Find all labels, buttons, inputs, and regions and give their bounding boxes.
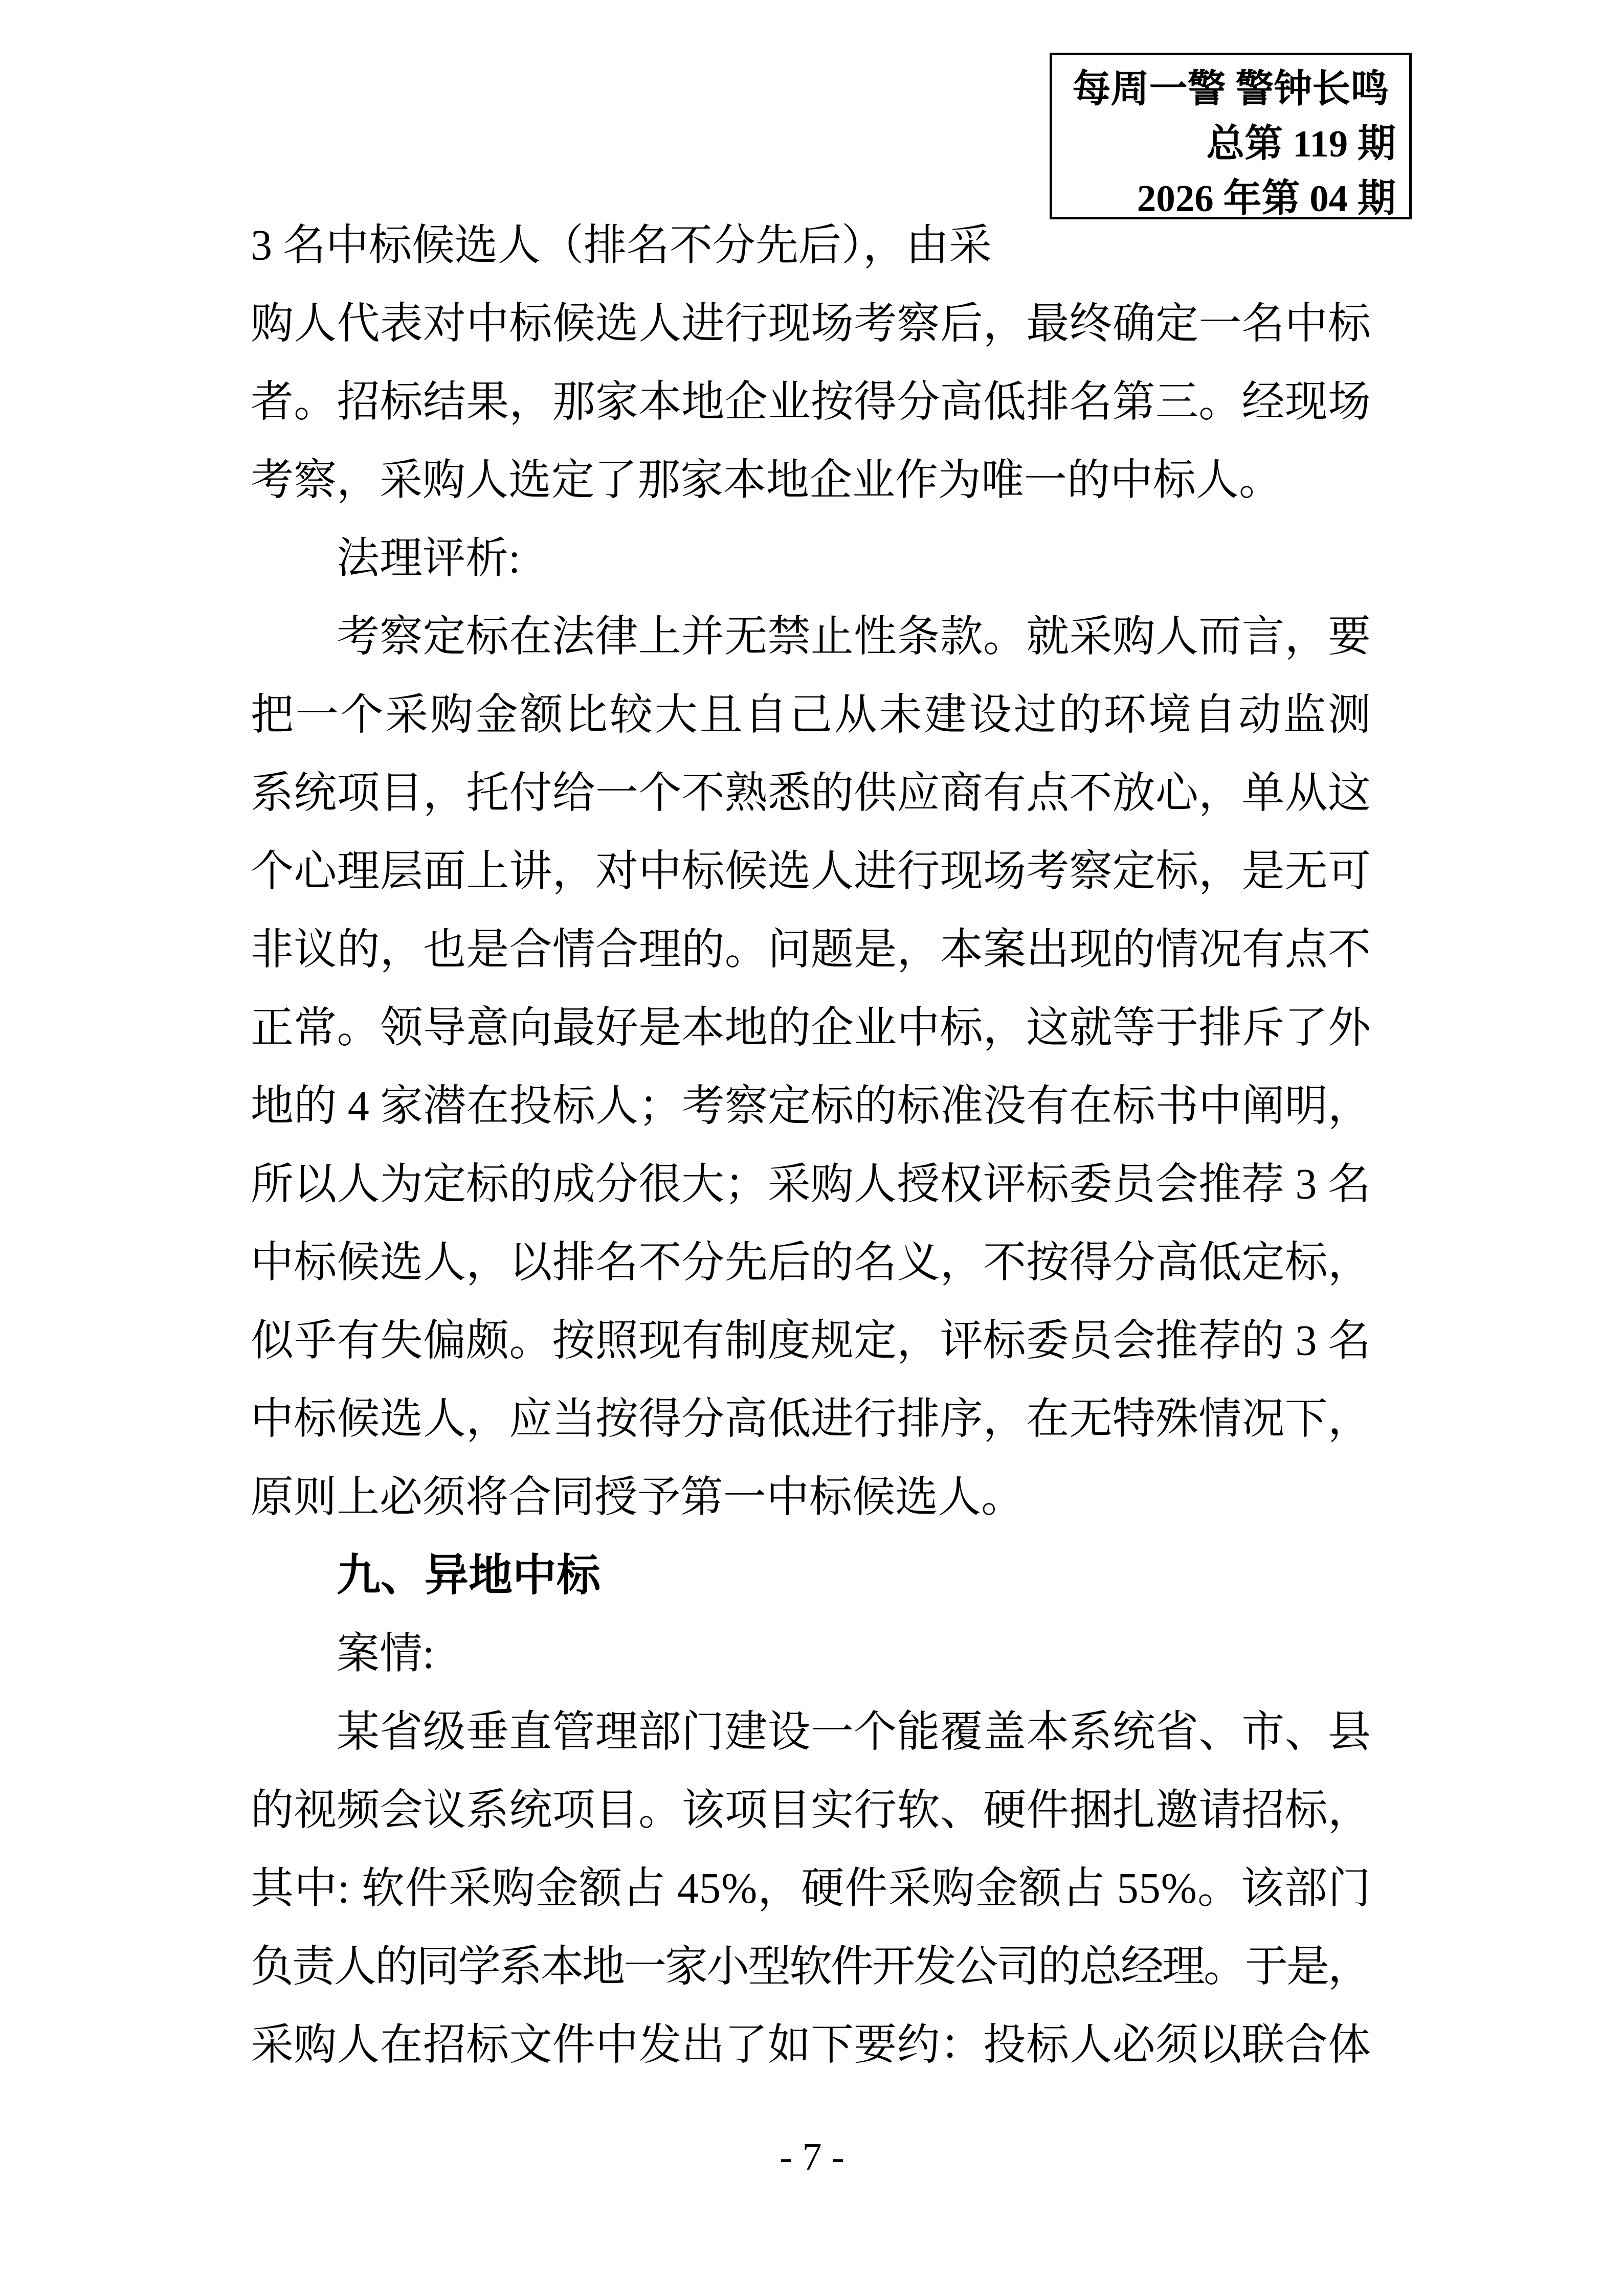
body-line: 负责人的同学系本地一家小型软件开发公司的总经理。于是， — [251, 1928, 1371, 2006]
body-line: 的视频会议系统项目。该项目实行软、硬件捆扎邀请招标， — [251, 1771, 1371, 1850]
body-line: 某省级垂直管理部门建设一个能覆盖本系统省、市、县 — [251, 1693, 1371, 1771]
body-line: 所以人为定标的成分很大；采购人授权评标委员会推荐 3 名 — [251, 1145, 1371, 1224]
document-body: 3 名中标候选人（排名不分先后），由采购人代表对中标候选人进行现场考察后，最终确… — [251, 207, 1371, 2084]
body-line: 者。招标结果，那家本地企业按得分高低排名第三。经现场 — [251, 363, 1371, 441]
body-line: 中标候选人，以排名不分先后的名义，不按得分高低定标， — [251, 1224, 1371, 1302]
body-line: 3 名中标候选人（排名不分先后），由采 — [251, 207, 1371, 285]
body-line: 中标候选人，应当按得分高低进行排序，在无特殊情况下， — [251, 1380, 1371, 1458]
paragraph-label: 法理评析: — [251, 520, 1371, 598]
masthead-title: 每周一警 警钟长鸣 — [1065, 62, 1396, 117]
body-line: 购人代表对中标候选人进行现场考察后，最终确定一名中标 — [251, 285, 1371, 363]
body-line: 采购人在招标文件中发出了如下要约：投标人必须以联合体 — [251, 2006, 1371, 2084]
body-line: 非议的，也是合情合理的。问题是，本案出现的情况有点不 — [251, 911, 1371, 989]
paragraph-label: 案情: — [251, 1615, 1371, 1693]
section-heading: 九、异地中标 — [251, 1537, 1371, 1615]
body-line: 考察，采购人选定了那家本地企业作为唯一的中标人。 — [251, 441, 1371, 520]
body-line: 系统项目，托付给一个不熟悉的供应商有点不放心，单从这 — [251, 754, 1371, 832]
body-line: 其中: 软件采购金额占 45%，硬件采购金额占 55%。该部门 — [251, 1850, 1371, 1928]
body-line: 把一个采购金额比较大且自己从未建设过的环境自动监测 — [251, 676, 1371, 754]
issue-total-number: 总第 119 期 — [1065, 117, 1396, 171]
body-line: 个心理层面上讲，对中标候选人进行现场考察定标，是无可 — [251, 832, 1371, 911]
document-page: 每周一警 警钟长鸣 总第 119 期 2026 年第 04 期 3 名中标候选人… — [0, 0, 1624, 2296]
body-line: 正常。领导意向最好是本地的企业中标，这就等于排斥了外 — [251, 989, 1371, 1067]
issue-info-box: 每周一警 警钟长鸣 总第 119 期 2026 年第 04 期 — [1050, 53, 1412, 219]
body-line: 地的 4 家潜在投标人；考察定标的标准没有在标书中阐明， — [251, 1067, 1371, 1145]
body-line: 原则上必须将合同授予第一中标候选人。 — [251, 1458, 1371, 1537]
body-line: 考察定标在法律上并无禁止性条款。就采购人而言，要 — [251, 598, 1371, 676]
page-number: - 7 - — [0, 2131, 1624, 2182]
body-line: 似乎有失偏颇。按照现有制度规定，评标委员会推荐的 3 名 — [251, 1302, 1371, 1380]
